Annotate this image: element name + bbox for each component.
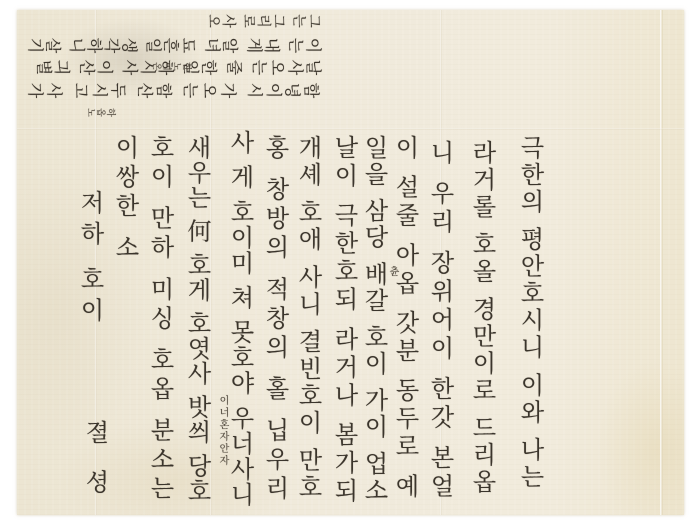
fold-crease bbox=[660, 10, 663, 515]
letter-column: 라거롤 호올 경만이로 드리옵 bbox=[470, 140, 494, 496]
letter-column: 날이 극한호되 라거나 봄가되 bbox=[332, 135, 356, 506]
letter-column: 새우는 何 호게 호엿사 밧씌 당호 bbox=[185, 135, 209, 503]
signature: 졀 셩 bbox=[83, 420, 107, 503]
letter-column: 이쌍한 소 bbox=[113, 135, 137, 264]
letter-column: 호이 만하 미싱 호옵 분소는 bbox=[148, 135, 172, 505]
letter-column: 사 게 호이미 쳐 못호야 우너사니 bbox=[228, 130, 252, 507]
postscript-line: 함녕이시 가오는 함산 두시고 사가 bbox=[25, 81, 320, 97]
interlinear-note: 츈 bbox=[387, 266, 397, 276]
letter-column: 극한의 평안호시니 이와 나는 bbox=[518, 135, 542, 491]
postscript-note: 하옵노 bbox=[86, 106, 116, 115]
closing-line: 저하 호이 bbox=[78, 190, 102, 329]
letter-column: 니 우리 장위어이 한갓 본얼 bbox=[428, 140, 452, 502]
fold-crease-horizontal bbox=[17, 128, 684, 130]
postscript-line: 이는 내게 알녀 됴흔일 생각하니 살기 bbox=[27, 36, 322, 52]
postscript-note: 한노이온 bbox=[152, 60, 192, 69]
letter-column: 이 설줄 아옵 갓분 동두로 예 bbox=[393, 135, 417, 501]
interlinear-note: 이너혼자안자 bbox=[217, 395, 227, 467]
letter-column: 홍 창방의 적창의 홀 닙우리 bbox=[263, 135, 287, 505]
letter-column: 일을 삼당 배갈 호이 가이 업소 bbox=[362, 135, 386, 504]
postscript-line: 그는 그리로 사오 bbox=[206, 13, 322, 27]
letter-column: 개셰 호애 사니 결빈호이 만호 bbox=[296, 135, 320, 502]
